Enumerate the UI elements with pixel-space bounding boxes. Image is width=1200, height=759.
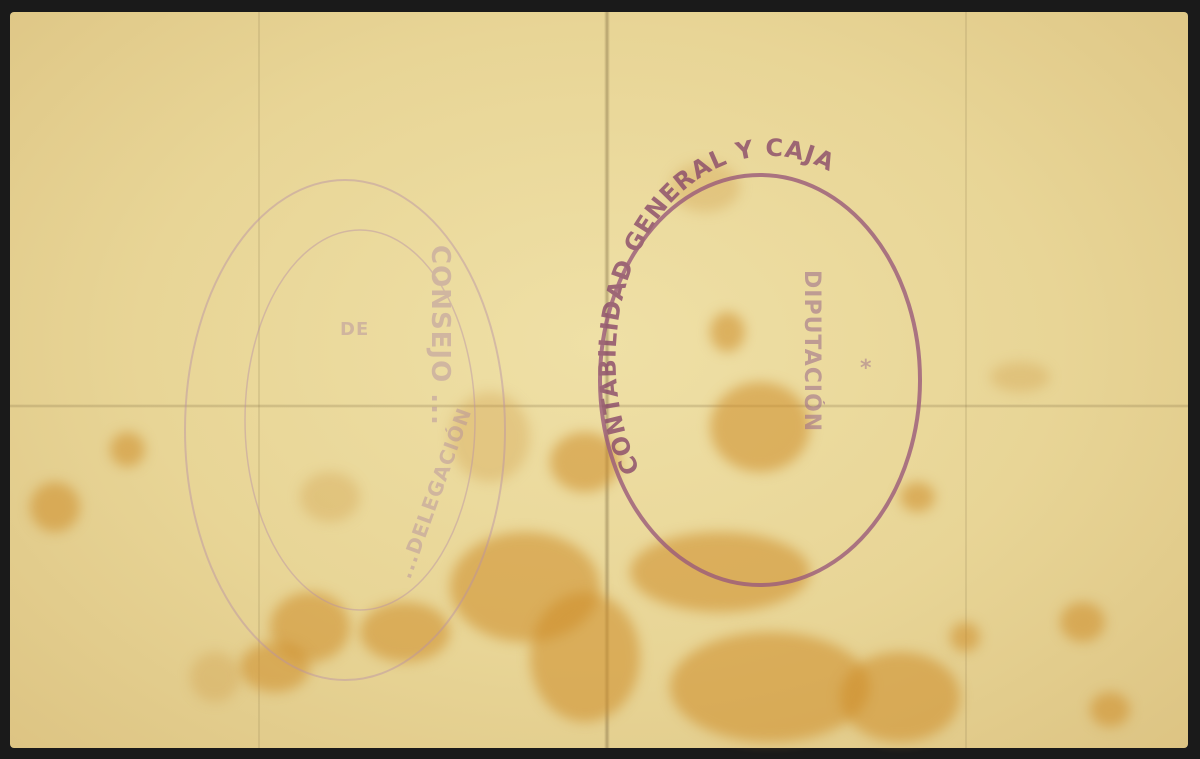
left-stamp-outer-text: CONSEJO ... [425,245,455,426]
ink-stamps: CONTABILIDAD GENERAL Y CAJA DIPUTACIÓN *… [0,0,1200,759]
left-stamp-inner-text-top: DE [340,319,369,340]
right-stamp-center-mark: * [860,356,873,381]
right-stamp-center-text: DIPUTACIÓN [799,270,825,432]
left-stamp-inner-text-bottom: ...DELEGACIÓN [392,404,476,582]
right-stamp: CONTABILIDAD GENERAL Y CAJA DIPUTACIÓN * [593,134,920,585]
left-stamp: CONSEJO ... DE ...DELEGACIÓN [185,180,505,680]
